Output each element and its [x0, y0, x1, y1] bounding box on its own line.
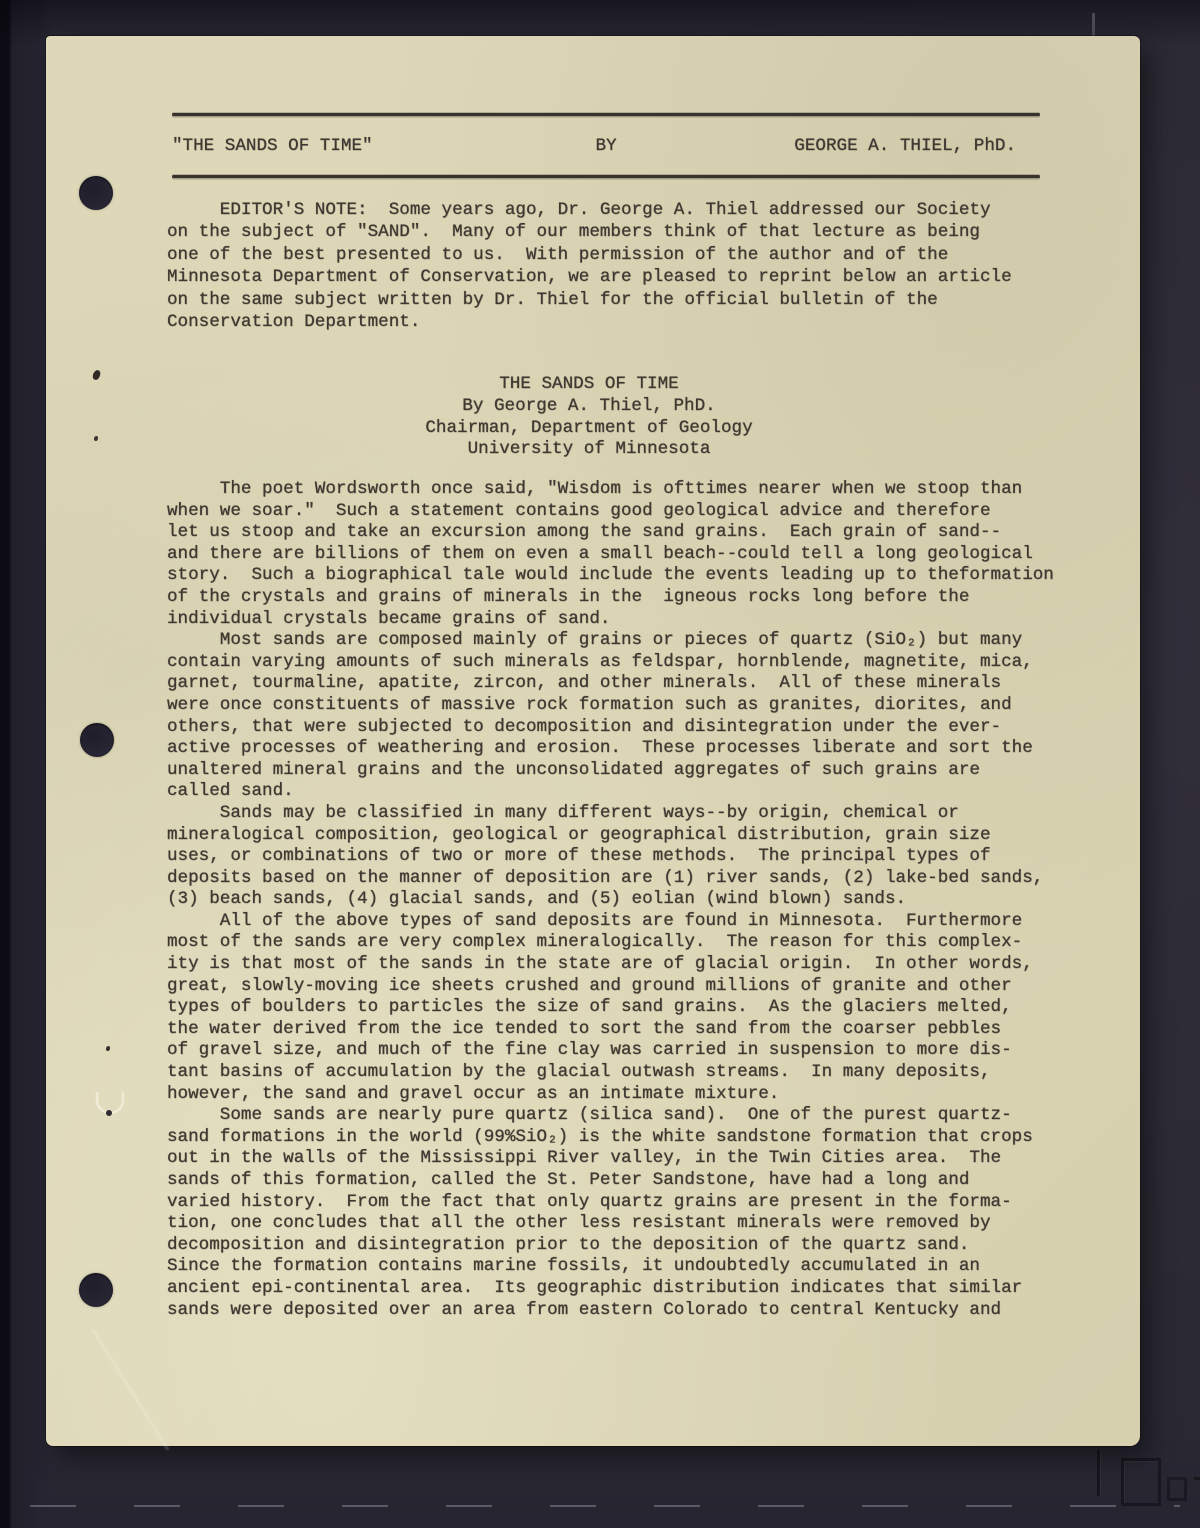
embossed-mark: [1121, 1458, 1161, 1506]
page-background: { "colors": { "paper": "#dbd5b5", "backg…: [0, 0, 1200, 1528]
paper-crease: [92, 1329, 169, 1450]
embossed-mark: [1097, 1450, 1100, 1496]
hole-punch-middle: [80, 723, 114, 757]
article-body: The poet Wordsworth once said, "Wisdom i…: [167, 479, 1107, 1321]
article-title-block: THE SANDS OF TIME By George A. Thiel, Ph…: [144, 374, 1034, 461]
editors-note: EDITOR'S NOTE: Some years ago, Dr. Georg…: [167, 199, 1097, 333]
hole-punch-bottom: [79, 1273, 113, 1307]
pencil-mark-dot: [106, 1110, 112, 1116]
scratch-dashes: [30, 1505, 1180, 1507]
header-rule-top: [172, 113, 1040, 116]
ink-speck: [106, 1046, 110, 1051]
header-author: GEORGE A. THIEL, PhD.: [617, 136, 1040, 156]
document-header: "THE SANDS OF TIME" BY GEORGE A. THIEL, …: [172, 134, 1040, 158]
paragraph: All of the above types of sand deposits …: [167, 911, 1107, 1105]
paragraph: Most sands are composed mainly of grains…: [167, 630, 1107, 803]
paragraph: The poet Wordsworth once said, "Wisdom i…: [167, 479, 1107, 630]
paper: "THE SANDS OF TIME" BY GEORGE A. THIEL, …: [46, 36, 1140, 1446]
hole-punch-top: [79, 176, 113, 210]
scan-edge-tick: [1092, 13, 1095, 38]
embossed-mark: [1194, 1477, 1200, 1480]
header-title: "THE SANDS OF TIME": [172, 136, 595, 156]
embossed-mark: [1167, 1477, 1187, 1501]
ink-speck: [94, 436, 98, 441]
header-rule-bottom: [172, 175, 1040, 178]
header-by: BY: [595, 136, 616, 156]
ink-speck: [92, 369, 101, 380]
paragraph: Some sands are nearly pure quartz (silic…: [167, 1105, 1107, 1321]
paragraph: Sands may be classified in many differen…: [167, 803, 1107, 911]
